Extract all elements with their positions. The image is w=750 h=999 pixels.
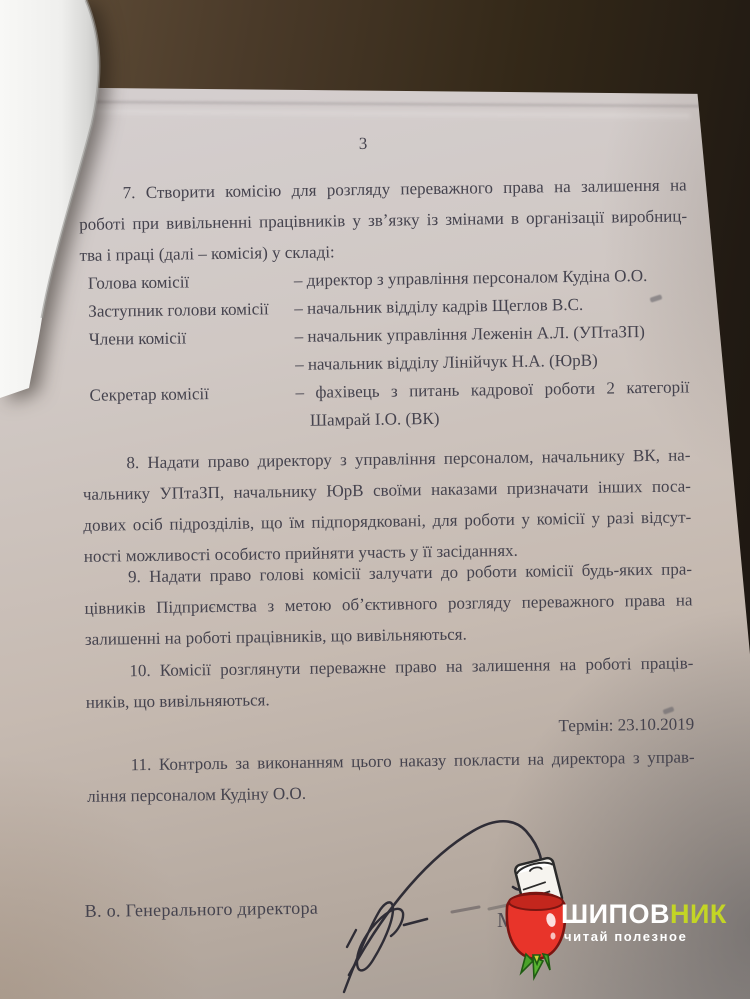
brand-text-accent: НИК [670, 899, 727, 929]
rosehip-berry-icon [507, 893, 565, 978]
watermark-tagline: читай полезное [564, 929, 687, 944]
watermark-brand-text: ШИПОВНИК [561, 901, 727, 928]
berry-leaves [521, 954, 550, 978]
watermark-logo-icon [0, 0, 750, 999]
brand-text-main: ШИПОВ [561, 899, 670, 929]
photo-of-document: 3 7. Створити комісію для розгляду перев… [0, 0, 750, 999]
